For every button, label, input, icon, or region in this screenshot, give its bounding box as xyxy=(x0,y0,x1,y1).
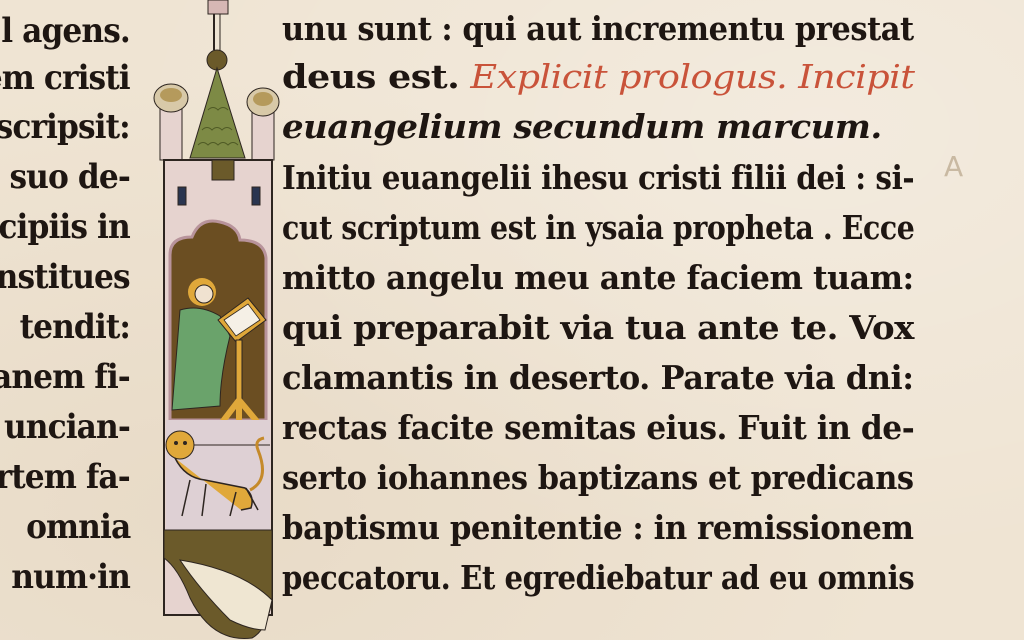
text-line: cut scriptum est in ysaia propheta . Ecc… xyxy=(282,203,914,253)
manuscript-page: l agens. em cristi scripsit: suo de- cip… xyxy=(0,0,1024,640)
left-text-column: l agens. em cristi scripsit: suo de- cip… xyxy=(0,0,140,640)
text-line: Initiu euangelii ihesu cristi filii dei … xyxy=(282,153,914,203)
left-line: uncian- xyxy=(4,402,130,452)
left-line: suo de- xyxy=(10,152,130,202)
tower-evangelist-illustration xyxy=(150,0,280,640)
text-line: baptismu penitentie : in remissionem xyxy=(282,503,914,553)
left-line: tendit: xyxy=(20,302,130,352)
left-line: omnia xyxy=(26,502,130,552)
left-line: num·in xyxy=(11,552,130,602)
margin-annotation: A xyxy=(944,150,963,183)
illuminated-initial xyxy=(150,0,280,640)
left-line: em cristi xyxy=(0,53,130,103)
text-line: unu sunt : qui aut incrementu prestat xyxy=(282,4,914,54)
text-line: rectas facite semitas eius. Fuit in de- xyxy=(282,403,914,453)
text-line: qui preparabit via tua ante te. Vox xyxy=(282,303,914,353)
left-line: anem fi- xyxy=(0,352,130,402)
rubric-explicit-incipit: Explicit prologus. Incipit xyxy=(459,57,914,96)
left-line: cipiis in xyxy=(0,202,130,252)
left-line: nstitues xyxy=(0,252,130,302)
text-line: serto iohannes baptizans et predicans xyxy=(282,453,914,503)
text-line: mitto angelu meu ante faciem tuam: xyxy=(282,253,914,303)
left-line: scripsit: xyxy=(0,102,130,152)
text-line: clamantis in deserto. Parate via dni: xyxy=(282,353,914,403)
text-line: peccatoru. Et egrediebatur ad eu omnis xyxy=(282,553,914,603)
main-text-column: unu sunt : qui aut incrementu prestat de… xyxy=(282,0,922,640)
text-line-mixed: deus est. Explicit prologus. Incipit xyxy=(282,52,914,102)
text-black-segment: deus est. xyxy=(282,57,459,96)
left-line: l agens. xyxy=(1,6,130,56)
left-line: rtem fa- xyxy=(0,452,130,502)
rubric-heading: euangelium secundum marcum. xyxy=(282,102,882,152)
